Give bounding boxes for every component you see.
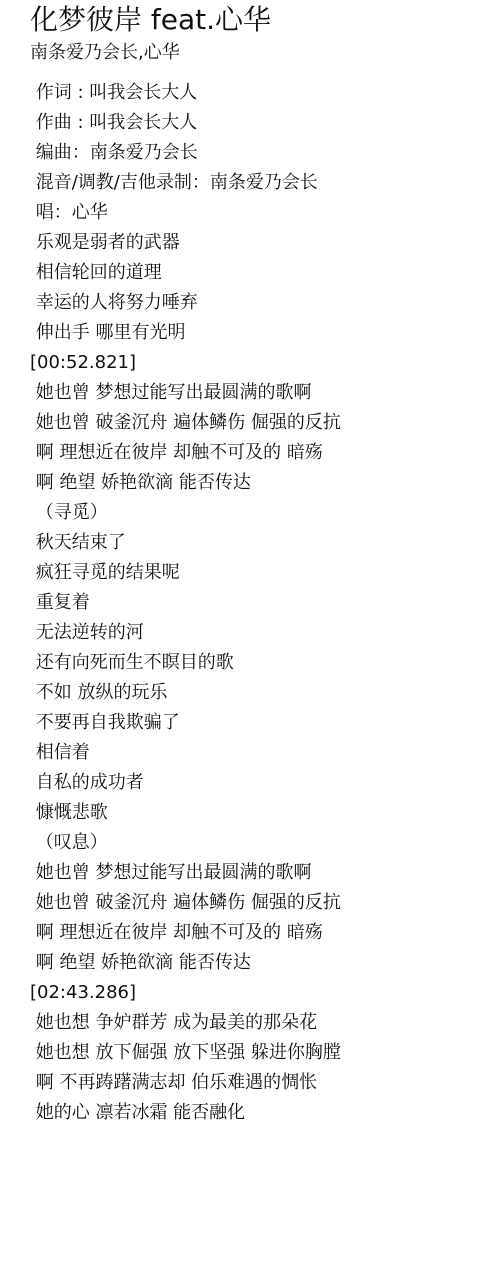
lyric-line: 乐观是弱者的武器 bbox=[30, 228, 341, 258]
song-title: 化梦彼岸 feat.心华 bbox=[30, 2, 271, 38]
lyric-line: 啊 理想近在彼岸 却触不可及的 暗殇 bbox=[30, 918, 341, 948]
lyric-line: 她也想 争妒群芳 成为最美的那朵花 bbox=[30, 1008, 341, 1038]
lyric-timestamp: [00:52.821] bbox=[30, 348, 341, 378]
lyric-line: 她的心 凛若冰霜 能否融化 bbox=[30, 1098, 341, 1128]
lyric-line: 无法逆转的河 bbox=[30, 618, 341, 648]
lyric-line: 还有向死而生不瞑目的歌 bbox=[30, 648, 341, 678]
lyric-line: 相信轮回的道理 bbox=[30, 258, 341, 288]
lyric-line: （叹息） bbox=[30, 828, 341, 858]
lyric-line: 作词 : 叫我会长大人 bbox=[30, 78, 341, 108]
lyric-line: （寻觅） bbox=[30, 498, 341, 528]
lyric-timestamp: [02:43.286] bbox=[30, 978, 341, 1008]
lyric-line: 相信着 bbox=[30, 738, 341, 768]
lyric-line: 啊 理想近在彼岸 却触不可及的 暗殇 bbox=[30, 438, 341, 468]
lyric-line: 疯狂寻觅的结果呢 bbox=[30, 558, 341, 588]
lyric-line: 作曲 : 叫我会长大人 bbox=[30, 108, 341, 138]
song-artist: 南条爱乃会长,心华 bbox=[30, 40, 180, 66]
lyric-line: 她也曾 破釜沉舟 遍体鳞伤 倔强的反抗 bbox=[30, 888, 341, 918]
lyrics-list: 作词 : 叫我会长大人 作曲 : 叫我会长大人 编曲：南条爱乃会长 混音/调教/… bbox=[30, 78, 341, 1128]
lyric-line: 伸出手 哪里有光明 bbox=[30, 318, 341, 348]
lyric-line: 啊 绝望 娇艳欲滴 能否传达 bbox=[30, 948, 341, 978]
lyric-line: 啊 不再踌躇满志却 伯乐难遇的惆怅 bbox=[30, 1068, 341, 1098]
lyric-line: 不如 放纵的玩乐 bbox=[30, 678, 341, 708]
lyric-line: 编曲：南条爱乃会长 bbox=[30, 138, 341, 168]
lyric-line: 慷慨悲歌 bbox=[30, 798, 341, 828]
lyric-line: 她也想 放下倔强 放下坚强 躲进你胸膛 bbox=[30, 1038, 341, 1068]
lyric-line: 自私的成功者 bbox=[30, 768, 341, 798]
lyric-line: 她也曾 破釜沉舟 遍体鳞伤 倔强的反抗 bbox=[30, 408, 341, 438]
lyric-line: 唱：心华 bbox=[30, 198, 341, 228]
lyric-line: 幸运的人将努力唾弃 bbox=[30, 288, 341, 318]
lyric-line: 重复着 bbox=[30, 588, 341, 618]
lyric-line: 混音/调教/吉他录制：南条爱乃会长 bbox=[30, 168, 341, 198]
lyric-line: 她也曾 梦想过能写出最圆满的歌啊 bbox=[30, 378, 341, 408]
lyric-line: 啊 绝望 娇艳欲滴 能否传达 bbox=[30, 468, 341, 498]
lyric-line: 她也曾 梦想过能写出最圆满的歌啊 bbox=[30, 858, 341, 888]
lyric-line: 秋天结束了 bbox=[30, 528, 341, 558]
lyric-line: 不要再自我欺骗了 bbox=[30, 708, 341, 738]
